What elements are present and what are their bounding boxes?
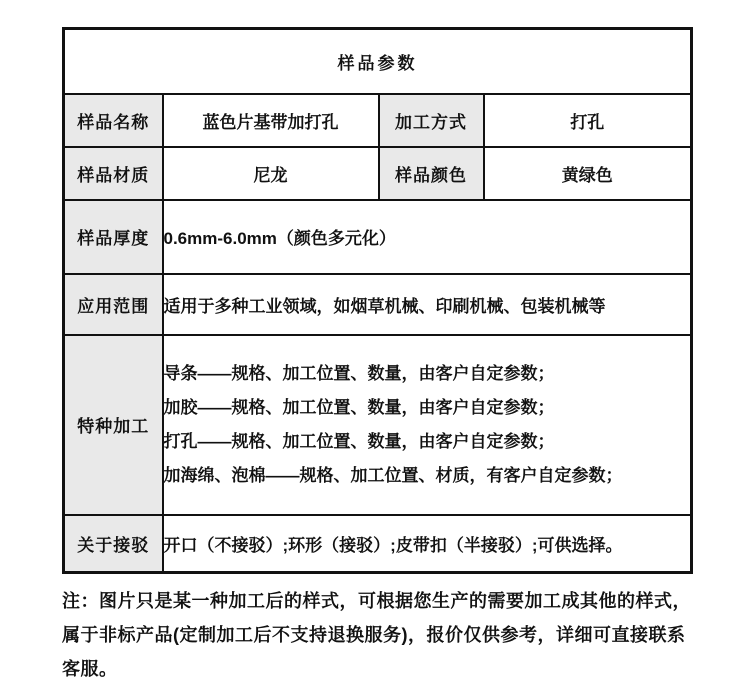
row-material-color: 样品材质 尼龙 样品颜色 黄绿色 bbox=[64, 147, 692, 200]
sample-name-value: 蓝色片基带加打孔 bbox=[163, 94, 379, 147]
note-text: 注：图片只是某一种加工后的样式，可根据您生产的需要加工成其他的样式，属于非标产品… bbox=[62, 584, 694, 679]
sample-material-value: 尼龙 bbox=[163, 147, 379, 200]
splicing-value: 开口（不接驳）;环形（接驳）;皮带扣（半接驳）;可供选择。 bbox=[163, 515, 692, 573]
row-application: 应用范围 适用于多种工业领域，如烟草机械、印刷机械、包装机械等 bbox=[64, 274, 692, 335]
special-processing-value: 导条——规格、加工位置、数量，由客户自定参数； 加胶——规格、加工位置、数量，由… bbox=[163, 335, 692, 515]
process-method-value: 打孔 bbox=[484, 94, 692, 147]
row-splicing: 关于接驳 开口（不接驳）;环形（接驳）;皮带扣（半接驳）;可供选择。 bbox=[64, 515, 692, 573]
application-scope-value: 适用于多种工业领域，如烟草机械、印刷机械、包装机械等 bbox=[163, 274, 692, 335]
row-name-method: 样品名称 蓝色片基带加打孔 加工方式 打孔 bbox=[64, 94, 692, 147]
process-method-label: 加工方式 bbox=[379, 94, 484, 147]
sample-color-value: 黄绿色 bbox=[484, 147, 692, 200]
application-scope-label: 应用范围 bbox=[64, 274, 163, 335]
splicing-label: 关于接驳 bbox=[64, 515, 163, 573]
sample-name-label: 样品名称 bbox=[64, 94, 163, 147]
special-line-guide-strip: 导条——规格、加工位置、数量，由客户自定参数； bbox=[164, 357, 691, 391]
sample-thickness-value: 0.6mm-6.0mm（颜色多元化） bbox=[163, 200, 692, 274]
sample-thickness-label: 样品厚度 bbox=[64, 200, 163, 274]
table-title-row: 样品参数 bbox=[64, 29, 692, 94]
row-special-processing: 特种加工 导条——规格、加工位置、数量，由客户自定参数； 加胶——规格、加工位置… bbox=[64, 335, 692, 515]
sample-material-label: 样品材质 bbox=[64, 147, 163, 200]
table-title: 样品参数 bbox=[64, 29, 692, 94]
special-processing-label: 特种加工 bbox=[64, 335, 163, 515]
special-line-sponge-foam: 加海绵、泡棉——规格、加工位置、材质，有客户自定参数； bbox=[164, 459, 691, 493]
special-line-punching: 打孔——规格、加工位置、数量，由客户自定参数； bbox=[164, 425, 691, 459]
special-line-glue: 加胶——规格、加工位置、数量，由客户自定参数； bbox=[164, 391, 691, 425]
sample-parameters-table: 样品参数 样品名称 蓝色片基带加打孔 加工方式 打孔 样品材质 尼龙 样品颜色 … bbox=[62, 27, 693, 574]
row-thickness: 样品厚度 0.6mm-6.0mm（颜色多元化） bbox=[64, 200, 692, 274]
sample-color-label: 样品颜色 bbox=[379, 147, 484, 200]
product-parameters-page: 样品参数 样品名称 蓝色片基带加打孔 加工方式 打孔 样品材质 尼龙 样品颜色 … bbox=[0, 0, 750, 679]
